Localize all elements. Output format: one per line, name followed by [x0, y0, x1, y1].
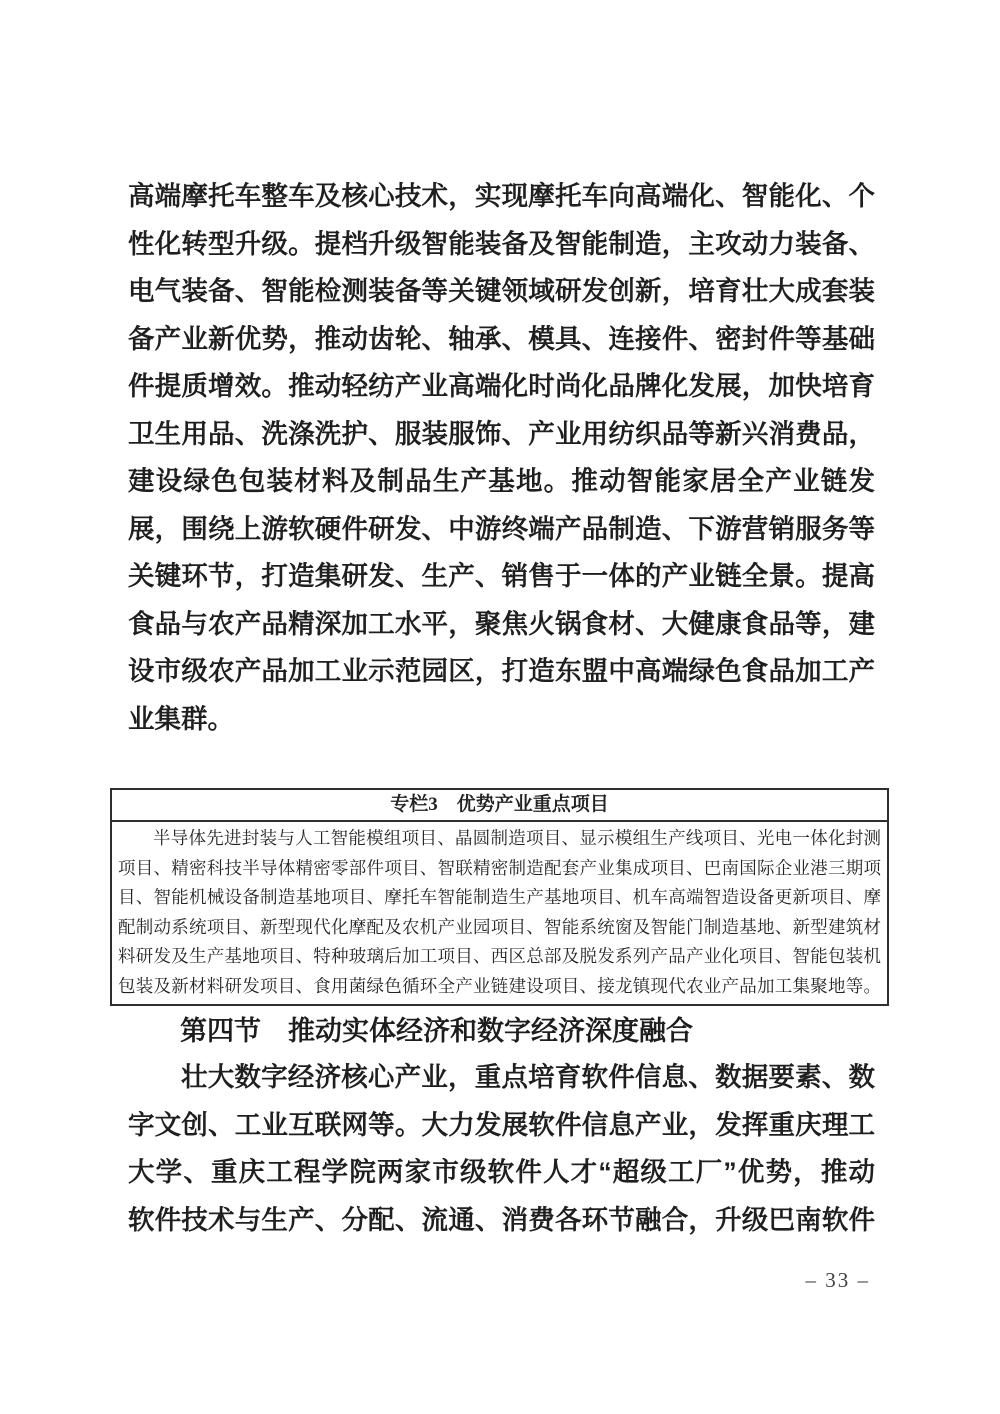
box-text-line: 半导体先进封装与人工智能模组项目、晶圆制造项目、显示模组生产线项目、光电一体化封…: [118, 824, 881, 854]
body-text-line: 备产业新优势，推动齿轮、轴承、模具、连接件、密封件等基础: [128, 316, 875, 364]
body-text-line: 关键环节，打造集研发、生产、销售于一体的产业链全景。提高: [128, 553, 875, 601]
body-text-line: 件提质增效。推动轻纺产业高端化时尚化品牌化发展，加快培育: [128, 363, 875, 411]
body-text-line: 大学、重庆工程学院两家市级软件人才“超级工厂”优势，推动: [128, 1149, 875, 1197]
body-text-line: 建设绿色包装材料及制品生产基地。推动智能家居全产业链发: [128, 458, 875, 506]
box-text-line: 目、智能机械设备制造基地项目、摩托车智能制造生产基地项目、机车高端智造设备更新项…: [118, 883, 881, 913]
special-column-box: 专栏3 优势产业重点项目 半导体先进封装与人工智能模组项目、晶圆制造项目、显示模…: [110, 788, 889, 1006]
body-text-line: 性化转型升级。提档升级智能装备及智能制造，主攻动力装备、: [128, 221, 875, 269]
body-text-line: 食品与农产品精深加工水平，聚焦火锅食材、大健康食品等，建: [128, 601, 875, 649]
box-title: 专栏3 优势产业重点项目: [112, 790, 887, 822]
box-text-line: 包装及新材料研发项目、食用菌绿色循环全产业链建设项目、接龙镇现代农业产品加工集聚…: [118, 972, 881, 1002]
body-text-line: 壮大数字经济核心产业，重点培育软件信息、数据要素、数: [128, 1054, 875, 1102]
body-text-line: 展，围绕上游软硬件研发、中游终端产品制造、下游营销服务等: [128, 506, 875, 554]
body-text-line: 卫生用品、洗涤洗护、服装服饰、产业用纺织品等新兴消费品，: [128, 411, 875, 459]
section-heading: 第四节 推动实体经济和数字经济深度融合: [180, 1014, 693, 1048]
box-text-line: 料研发及生产基地项目、特种玻璃后加工项目、西区总部及脱发系列产品产业化项目、智能…: [118, 942, 881, 972]
body-text-line: 字文创、工业互联网等。大力发展软件信息产业，发挥重庆理工: [128, 1102, 875, 1150]
body-text-line: 高端摩托车整车及核心技术，实现摩托车向高端化、智能化、个: [128, 173, 875, 221]
body-paragraph-2: 壮大数字经济核心产业，重点培育软件信息、数据要素、数 字文创、工业互联网等。大力…: [128, 1054, 875, 1244]
body-text-line: 软件技术与生产、分配、流通、消费各环节融合，升级巴南软件: [128, 1197, 875, 1245]
body-paragraph-1: 高端摩托车整车及核心技术，实现摩托车向高端化、智能化、个 性化转型升级。提档升级…: [128, 173, 875, 743]
page-number: – 33 –: [128, 1268, 870, 1293]
box-content: 半导体先进封装与人工智能模组项目、晶圆制造项目、显示模组生产线项目、光电一体化封…: [112, 822, 887, 1004]
body-text-line: 电气装备、智能检测装备等关键领域研发创新，培育壮大成套装: [128, 268, 875, 316]
box-text-line: 项目、精密科技半导体精密零部件项目、智联精密制造配套产业集成项目、巴南国际企业港…: [118, 854, 881, 884]
document-page: 高端摩托车整车及核心技术，实现摩托车向高端化、智能化、个 性化转型升级。提档升级…: [0, 0, 1000, 1414]
box-text-line: 配制动系统项目、新型现代化摩配及农机产业园项目、智能系统窗及智能门制造基地、新型…: [118, 913, 881, 943]
body-text-line: 设市级农产品加工业示范园区，打造东盟中高端绿色食品加工产: [128, 648, 875, 696]
body-text-line: 业集群。: [128, 696, 875, 744]
